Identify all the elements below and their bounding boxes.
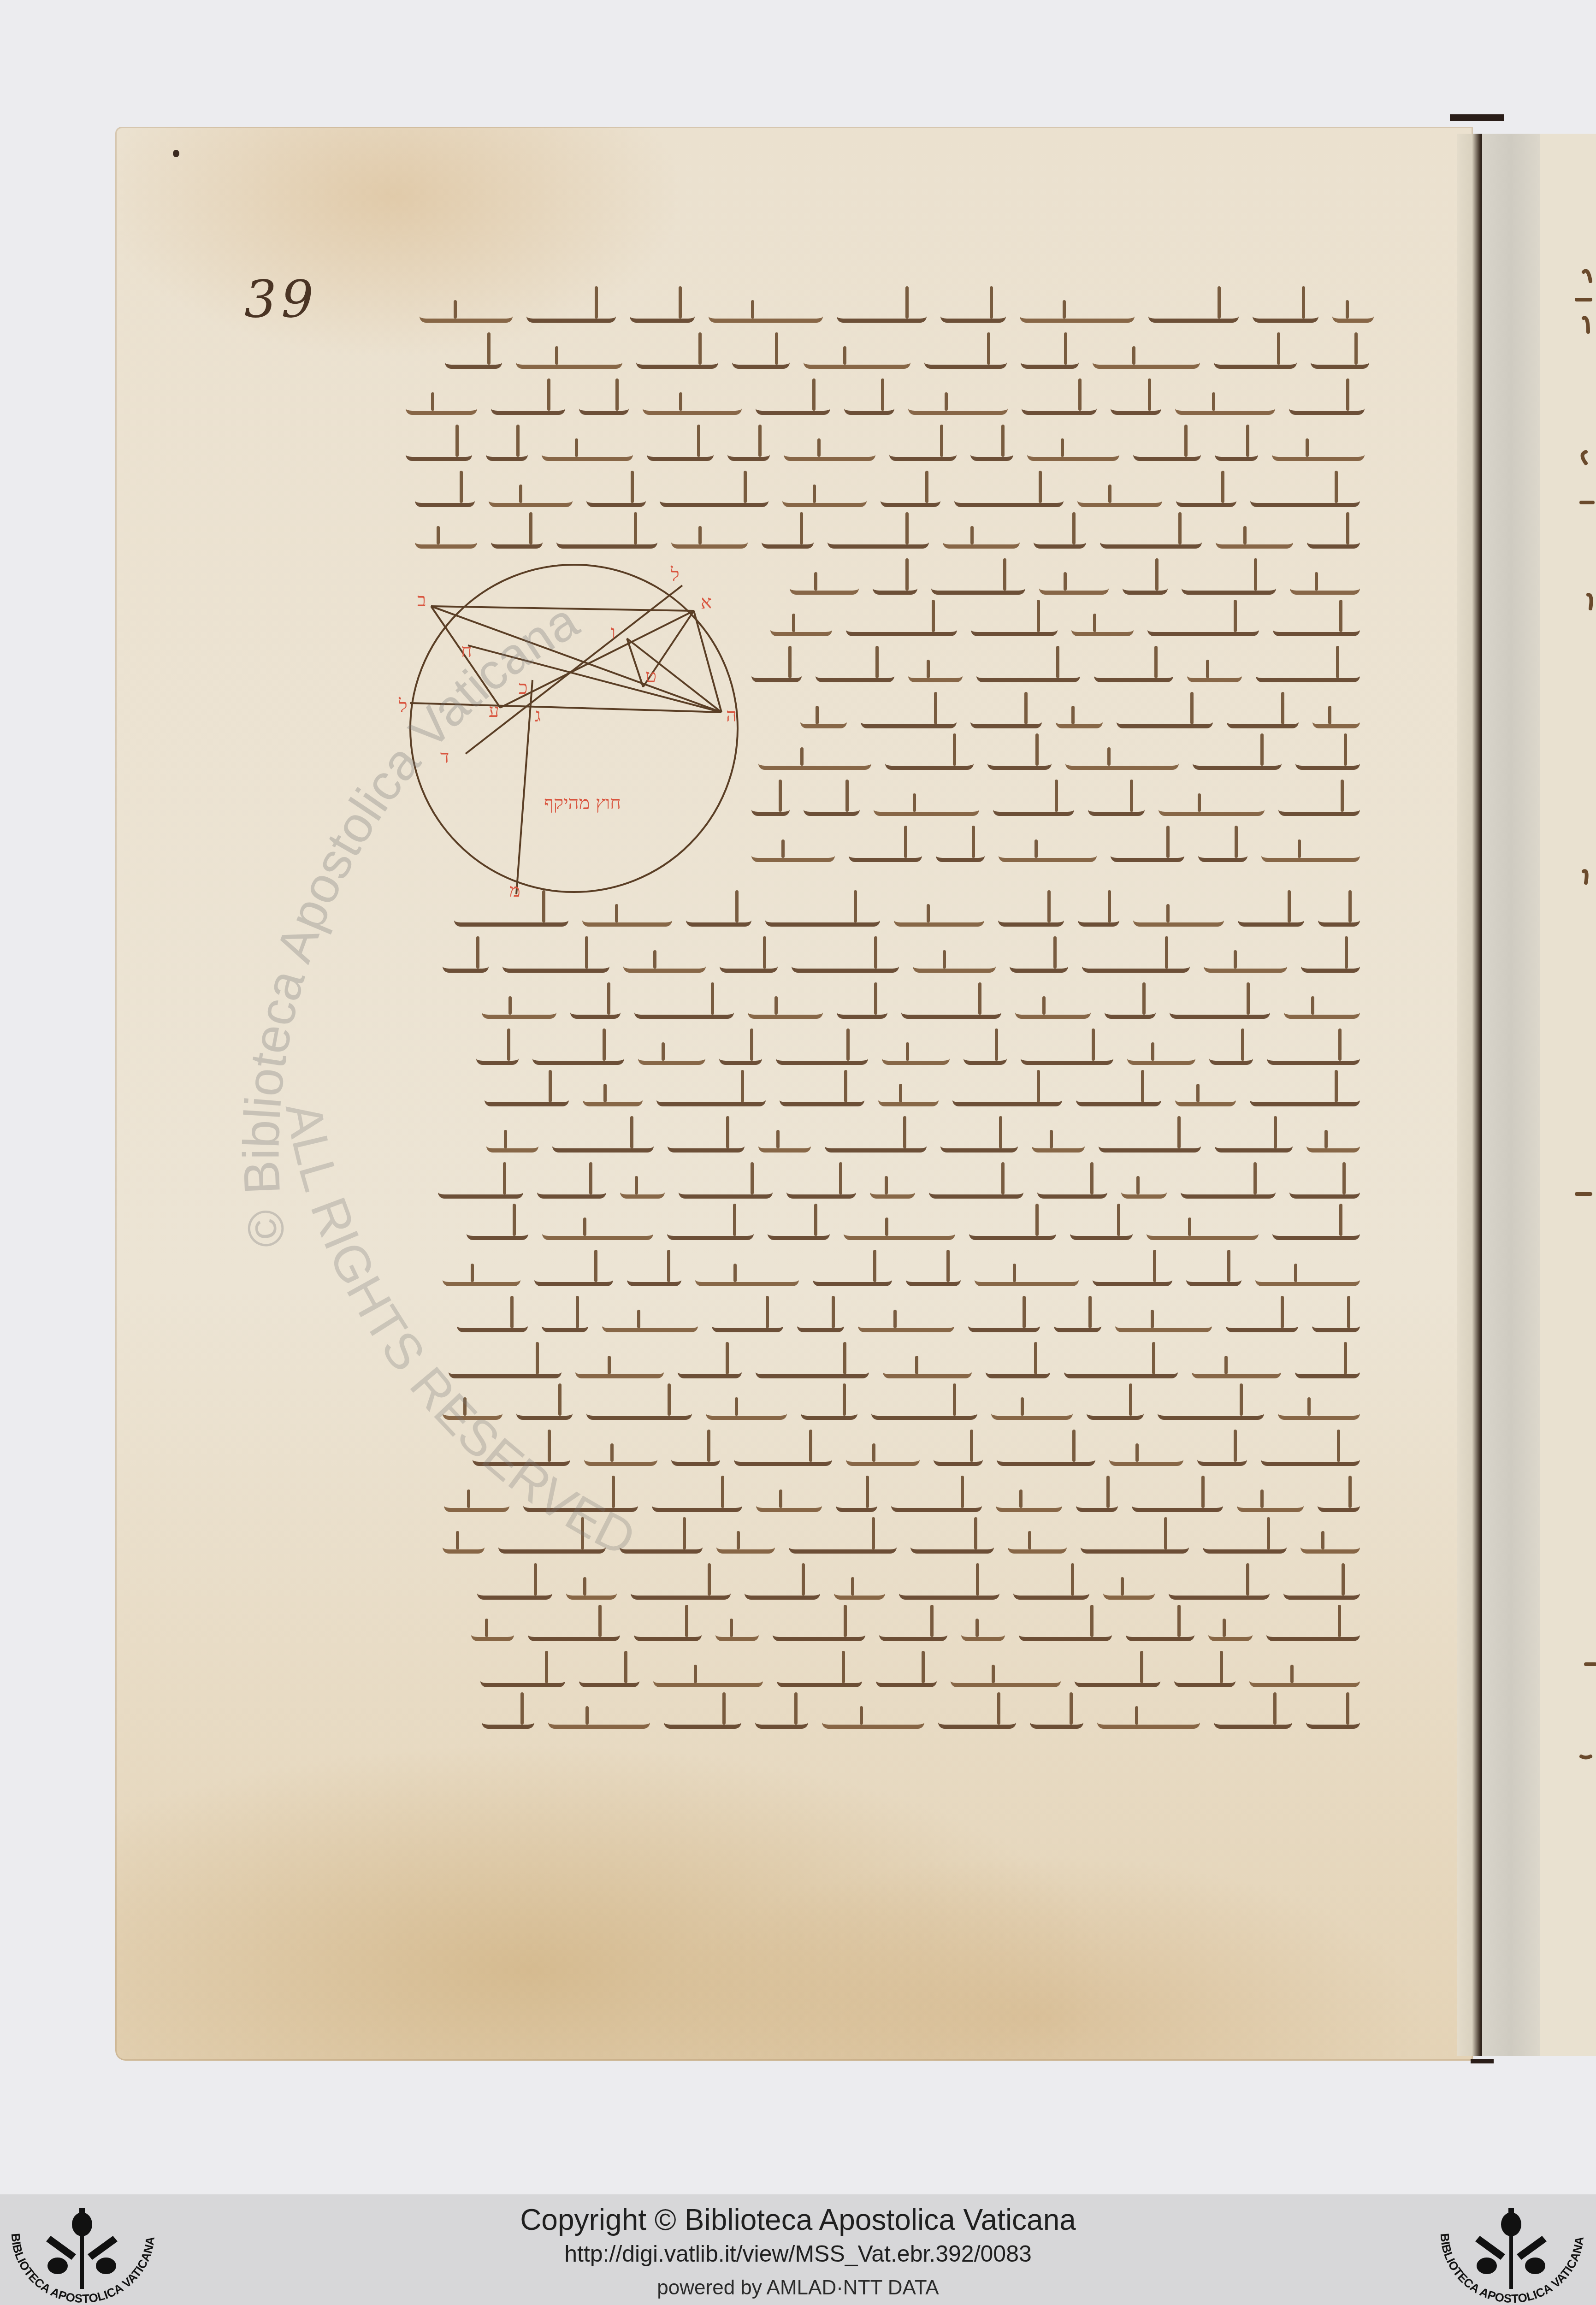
handwritten-word: [1193, 748, 1282, 770]
handwritten-word: [837, 997, 887, 1019]
svg-text:ג: ג: [535, 705, 541, 726]
handwritten-word: [1272, 1218, 1360, 1240]
svg-text:א: א: [701, 592, 712, 613]
handwritten-word: [987, 748, 1052, 770]
handwritten-word: [1238, 905, 1304, 927]
handwritten-word: [548, 1707, 650, 1729]
handwritten-word: [858, 1311, 954, 1332]
handwritten-word: [485, 1085, 569, 1106]
handwritten-word: [790, 573, 859, 595]
handwritten-word: [844, 1218, 955, 1240]
handwritten-word: [986, 1357, 1050, 1378]
handwritten-word: [552, 1131, 654, 1152]
svg-text:מ: מ: [509, 880, 520, 901]
handwritten-word: [406, 439, 472, 461]
handwritten-word: [486, 1131, 538, 1152]
handwritten-word: [1147, 615, 1259, 636]
handwritten-word: [970, 439, 1013, 461]
papal-keys-icon: [46, 2208, 118, 2289]
handwritten-word: [1008, 1532, 1067, 1554]
manuscript-line: [751, 733, 1360, 770]
handwritten-word: [901, 997, 1001, 1019]
handwritten-word: [679, 1177, 773, 1199]
handwritten-word: [765, 905, 880, 927]
handwritten-word: [1204, 951, 1287, 973]
handwritten-word: [1070, 1218, 1133, 1240]
handwritten-word: [825, 1131, 927, 1152]
handwritten-word: [586, 1398, 692, 1420]
handwritten-word: [727, 439, 770, 461]
ink-dot: [173, 150, 179, 157]
handwritten-word: [800, 707, 847, 728]
handwritten-word: [477, 1578, 552, 1600]
handwritten-word: [1318, 1490, 1360, 1512]
manuscript-line: [443, 1249, 1360, 1286]
handwritten-word: [899, 1578, 999, 1600]
svg-text:ב: ב: [417, 590, 426, 611]
handwritten-word: [751, 661, 802, 682]
handwritten-word: [1332, 301, 1374, 323]
handwritten-word: [420, 301, 513, 323]
handwritten-word: [816, 661, 894, 682]
handwritten-word: [751, 840, 835, 862]
handwritten-word: [1013, 1578, 1089, 1600]
handwritten-word: [1022, 393, 1097, 415]
handwritten-word: [878, 1085, 939, 1106]
manuscript-line: [443, 1203, 1360, 1240]
handwritten-word: [1289, 393, 1365, 415]
handwritten-word: [804, 794, 860, 816]
handwritten-word: [1097, 1707, 1200, 1729]
handwritten-word: [908, 393, 1008, 415]
handwritten-word: [1278, 1398, 1360, 1420]
handwritten-word: [745, 1578, 820, 1600]
handwritten-word: [837, 301, 927, 323]
handwritten-word: [1103, 1578, 1155, 1600]
handwritten-word: [1237, 1490, 1304, 1512]
manuscript-line: [443, 1475, 1360, 1512]
handwritten-word: [1159, 794, 1265, 816]
manuscript-line: [443, 1563, 1360, 1600]
handwritten-word: [575, 1357, 664, 1378]
vatican-library-logo-left: BIBLIOTECA APOSTOLICA VATICANA: [0, 2201, 166, 2303]
handwritten-word: [653, 1666, 763, 1687]
handwritten-word: [1121, 1177, 1167, 1199]
handwritten-word: [1115, 1311, 1212, 1332]
handwritten-word: [770, 615, 832, 636]
svg-text:ח: ח: [461, 640, 472, 662]
handwritten-word: [542, 1218, 653, 1240]
handwritten-word: [1117, 707, 1213, 728]
handwritten-word: [834, 1578, 885, 1600]
handwritten-word: [667, 1218, 754, 1240]
handwritten-word: [758, 748, 871, 770]
handwritten-word: [998, 905, 1064, 927]
handwritten-word: [695, 1265, 799, 1286]
handwritten-word: [1082, 951, 1190, 973]
handwritten-word: [934, 1444, 983, 1466]
handwritten-word: [1306, 1707, 1360, 1729]
manuscript-url[interactable]: http://digi.vatlib.it/view/MSS_Vat.ebr.3…: [0, 2240, 1596, 2267]
handwritten-word: [1126, 1619, 1194, 1641]
handwritten-word: [1227, 707, 1299, 728]
handwritten-word: [719, 1043, 762, 1065]
handwritten-word: [996, 1490, 1062, 1512]
handwritten-word: [1071, 615, 1134, 636]
handwritten-word: [1175, 1085, 1236, 1106]
handwritten-word: [664, 1707, 741, 1729]
handwritten-word: [1034, 527, 1086, 549]
handwritten-word: [1019, 1619, 1112, 1641]
handwritten-word: [1216, 527, 1293, 549]
handwritten-word: [471, 1619, 514, 1641]
handwritten-word: [1272, 439, 1365, 461]
manuscript-line: [751, 645, 1360, 682]
handwritten-word: [758, 1131, 811, 1152]
handwritten-word: [706, 1398, 787, 1420]
handwritten-word: [1078, 905, 1119, 927]
handwritten-word: [716, 1532, 775, 1554]
handwritten-word: [1176, 485, 1236, 507]
handwritten-word: [889, 439, 957, 461]
manuscript-line: [443, 1116, 1360, 1152]
handwritten-word: [1133, 439, 1201, 461]
handwritten-word: [786, 1177, 856, 1199]
handwritten-word: [502, 951, 609, 973]
handwritten-word: [1158, 1398, 1264, 1420]
manuscript-line: [751, 599, 1360, 636]
handwritten-word: [1226, 1311, 1298, 1332]
handwritten-word: [671, 527, 748, 549]
handwritten-word: [534, 1265, 613, 1286]
svg-text:ד: ד: [440, 746, 449, 768]
handwritten-word: [586, 485, 646, 507]
handwritten-word: [954, 485, 1064, 507]
handwritten-word: [1261, 1444, 1360, 1466]
handwritten-word: [566, 1578, 617, 1600]
manuscript-line: [406, 332, 1369, 369]
handwritten-word: [1094, 661, 1173, 682]
handwritten-word: [1133, 905, 1224, 927]
handwritten-word: [970, 707, 1042, 728]
handwritten-word: [879, 1619, 947, 1641]
handwritten-word: [836, 1490, 877, 1512]
handwritten-word: [993, 794, 1074, 816]
handwritten-word: [883, 1357, 972, 1378]
handwritten-word: [1203, 1532, 1287, 1554]
handwritten-word: [709, 301, 823, 323]
handwritten-word: [1039, 573, 1109, 595]
handwritten-word: [782, 485, 867, 507]
handwritten-word: [1284, 997, 1360, 1019]
handwritten-word: [1250, 1085, 1360, 1106]
handwritten-word: [1099, 1131, 1201, 1152]
vatican-library-logo-right: BIBLIOTECA APOSTOLICA VATICANA: [1429, 2201, 1595, 2303]
handwritten-word: [940, 301, 1006, 323]
handwritten-word: [630, 301, 695, 323]
binding-edge: [1450, 114, 1504, 121]
handwritten-word: [1312, 707, 1360, 728]
manuscript-line: [415, 512, 1360, 549]
handwritten-word: [971, 615, 1058, 636]
handwritten-word: [1278, 794, 1360, 816]
handwritten-word: [1250, 485, 1360, 507]
handwritten-word: [943, 527, 1020, 549]
handwritten-word: [846, 1444, 920, 1466]
handwritten-word: [936, 840, 985, 862]
handwritten-word: [1273, 615, 1360, 636]
handwritten-word: [415, 485, 475, 507]
handwritten-word: [1249, 1666, 1360, 1687]
handwritten-word: [940, 1131, 1018, 1152]
handwritten-word: [720, 951, 778, 973]
handwritten-word: [797, 1311, 844, 1332]
footer-bar: Copyright © Biblioteca Apostolica Vatica…: [0, 2194, 1596, 2305]
handwritten-word: [846, 615, 957, 636]
handwritten-word: [656, 1085, 766, 1106]
svg-text:ה: ה: [726, 705, 737, 726]
handwritten-word: [1289, 1177, 1360, 1199]
handwritten-word: [1209, 1043, 1253, 1065]
copyright-text: Copyright © Biblioteca Apostolica Vatica…: [0, 2203, 1596, 2237]
handwritten-word: [1087, 1398, 1144, 1420]
manuscript-line: [751, 779, 1360, 816]
handwritten-word: [660, 485, 768, 507]
handwritten-word: [1076, 1085, 1161, 1106]
handwritten-word: [776, 1043, 868, 1065]
handwritten-word: [467, 1218, 528, 1240]
handwritten-word: [1255, 1265, 1360, 1286]
handwritten-word: [489, 485, 573, 507]
papal-keys-icon: [1475, 2208, 1547, 2289]
svg-text:כ: כ: [519, 677, 528, 698]
handwritten-word: [1010, 951, 1068, 973]
handwritten-word: [1093, 1265, 1172, 1286]
manuscript-line: [420, 286, 1374, 323]
handwritten-word: [822, 1707, 924, 1729]
handwritten-word: [473, 1444, 570, 1466]
handwritten-word: [528, 1619, 620, 1641]
handwritten-word: [997, 1444, 1095, 1466]
handwritten-word: [844, 393, 894, 415]
handwritten-word: [415, 527, 477, 549]
svg-text:ו: ו: [611, 622, 615, 643]
handwritten-word: [1127, 1043, 1195, 1065]
handwritten-word: [913, 951, 996, 973]
handwritten-word: [523, 1490, 638, 1512]
handwritten-word: [969, 1218, 1056, 1240]
manuscript-line: [443, 1604, 1360, 1641]
handwritten-word: [748, 997, 823, 1019]
handwritten-word: [1311, 347, 1369, 369]
handwritten-word: [768, 1218, 830, 1240]
manuscript-line: [415, 470, 1360, 507]
handwritten-word: [652, 1490, 742, 1512]
handwritten-word: [1261, 840, 1360, 862]
handwritten-word: [582, 905, 672, 927]
handwritten-word: [1175, 393, 1275, 415]
handwritten-word: [756, 1490, 822, 1512]
handwritten-word: [1214, 1707, 1292, 1729]
handwritten-word: [1132, 1490, 1223, 1512]
handwritten-word: [643, 393, 742, 415]
manuscript-line: [443, 1342, 1360, 1378]
manuscript-line: [443, 1070, 1360, 1106]
handwritten-word: [1256, 661, 1360, 682]
manuscript-line: [443, 1517, 1360, 1554]
handwritten-word: [443, 1398, 502, 1420]
svg-text:ע: ע: [489, 700, 499, 721]
handwritten-word: [813, 1265, 892, 1286]
handwritten-word: [1088, 794, 1145, 816]
handwritten-word: [406, 393, 477, 415]
handwritten-word: [631, 1578, 731, 1600]
handwritten-word: [792, 951, 899, 973]
handwritten-word: [445, 347, 502, 369]
manuscript-line: [406, 378, 1365, 415]
handwritten-word: [894, 905, 984, 927]
handwritten-word: [931, 573, 1025, 595]
handwritten-word: [486, 439, 528, 461]
handwritten-word: [968, 1311, 1040, 1332]
handwritten-word: [1174, 1666, 1235, 1687]
handwritten-word: [443, 951, 489, 973]
handwritten-word: [454, 905, 568, 927]
handwritten-word: [1301, 951, 1360, 973]
handwritten-word: [1075, 1666, 1160, 1687]
handwritten-word: [1081, 1532, 1189, 1554]
handwritten-word: [623, 951, 706, 973]
handwritten-word: [929, 1177, 1023, 1199]
handwritten-word: [1306, 1131, 1360, 1152]
handwritten-word: [991, 1398, 1073, 1420]
handwritten-word: [885, 748, 974, 770]
handwritten-word: [849, 840, 922, 862]
handwritten-word: [671, 1444, 720, 1466]
handwritten-word: [1100, 527, 1202, 549]
handwritten-word: [756, 1357, 869, 1378]
handwritten-word: [1054, 1311, 1101, 1332]
handwritten-word: [1027, 439, 1119, 461]
handwritten-word: [1208, 1619, 1253, 1641]
handwritten-word: [874, 794, 979, 816]
handwritten-word: [634, 997, 734, 1019]
handwritten-word: [1182, 573, 1276, 595]
adjacent-folio-text: [1540, 134, 1596, 2056]
handwritten-word: [620, 1532, 703, 1554]
handwritten-word: [1123, 573, 1168, 595]
handwritten-word: [999, 840, 1097, 862]
manuscript-line: [751, 558, 1360, 595]
handwritten-word: [1197, 1444, 1247, 1466]
handwritten-word: [516, 1398, 573, 1420]
handwritten-word: [1147, 1218, 1259, 1240]
handwritten-word: [1198, 840, 1247, 862]
handwritten-word: [579, 1666, 639, 1687]
handwritten-word: [870, 1177, 915, 1199]
svg-text:ט: ט: [645, 666, 656, 687]
handwritten-word: [1111, 840, 1184, 862]
handwritten-word: [1312, 1311, 1360, 1332]
handwritten-word: [773, 1619, 865, 1641]
handwritten-word: [647, 439, 714, 461]
handwritten-word: [634, 1619, 702, 1641]
handwritten-word: [1290, 573, 1360, 595]
handwritten-word: [751, 794, 790, 816]
handwritten-word: [449, 1357, 562, 1378]
handwritten-word: [444, 1490, 509, 1512]
adjacent-folio: [1540, 134, 1596, 2056]
handwritten-word: [516, 347, 622, 369]
handwritten-word: [755, 1707, 808, 1729]
handwritten-word: [1077, 485, 1162, 507]
handwritten-word: [686, 905, 751, 927]
handwritten-word: [1093, 347, 1200, 369]
handwritten-word: [1065, 748, 1179, 770]
handwritten-word: [638, 1043, 705, 1065]
handwritten-word: [1037, 1177, 1107, 1199]
handwritten-word: [828, 527, 929, 549]
handwritten-word: [584, 1444, 657, 1466]
folio-number: 39: [244, 270, 318, 329]
handwritten-word: [1295, 1357, 1360, 1378]
handwritten-word: [570, 997, 621, 1019]
handwritten-word: [976, 661, 1080, 682]
image-viewer: 39 ב א ל ו ח ט כ ל ע ג: [0, 0, 1596, 2194]
handwritten-word: [1253, 301, 1318, 323]
powered-by-text: powered by AMLAD·NTT DATA: [0, 2276, 1596, 2299]
handwritten-word: [1021, 1043, 1113, 1065]
handwritten-word: [777, 1666, 862, 1687]
handwritten-word: [1300, 1532, 1360, 1554]
handwritten-word: [476, 1043, 519, 1065]
handwritten-word: [964, 1043, 1007, 1065]
handwritten-word: [712, 1311, 783, 1332]
handwritten-word: [1192, 1357, 1281, 1378]
handwritten-word: [938, 1707, 1016, 1729]
handwritten-word: [784, 439, 875, 461]
handwritten-word: [1266, 1619, 1360, 1641]
handwritten-word: [602, 1311, 698, 1332]
manuscript-line: [443, 982, 1360, 1019]
handwritten-word: [876, 1666, 937, 1687]
binding-spine: [1482, 134, 1540, 2056]
handwritten-word: [924, 347, 1007, 369]
svg-text:ל: ל: [398, 696, 408, 717]
handwritten-word: [1307, 527, 1360, 549]
svg-text:ל: ל: [670, 564, 680, 585]
handwritten-word: [1283, 1578, 1360, 1600]
handwritten-word: [756, 393, 830, 415]
manuscript-line: [443, 1692, 1360, 1729]
handwritten-word: [882, 1043, 950, 1065]
handwritten-word: [1187, 661, 1242, 682]
handwritten-word: [537, 1177, 606, 1199]
svg-text:חוץ מהיקף: חוץ מהיקף: [544, 792, 621, 814]
handwritten-word: [668, 1131, 745, 1152]
handwritten-word: [526, 301, 616, 323]
handwritten-word: [1181, 1177, 1276, 1199]
handwritten-word: [583, 1085, 643, 1106]
handwritten-word: [801, 1398, 857, 1420]
handwritten-word: [1032, 1131, 1085, 1152]
handwritten-word: [780, 1085, 864, 1106]
manuscript-line: [406, 424, 1365, 461]
handwritten-word: [498, 1532, 606, 1554]
handwritten-word: [636, 347, 718, 369]
handwritten-word: [482, 997, 556, 1019]
handwritten-word: [1111, 393, 1161, 415]
